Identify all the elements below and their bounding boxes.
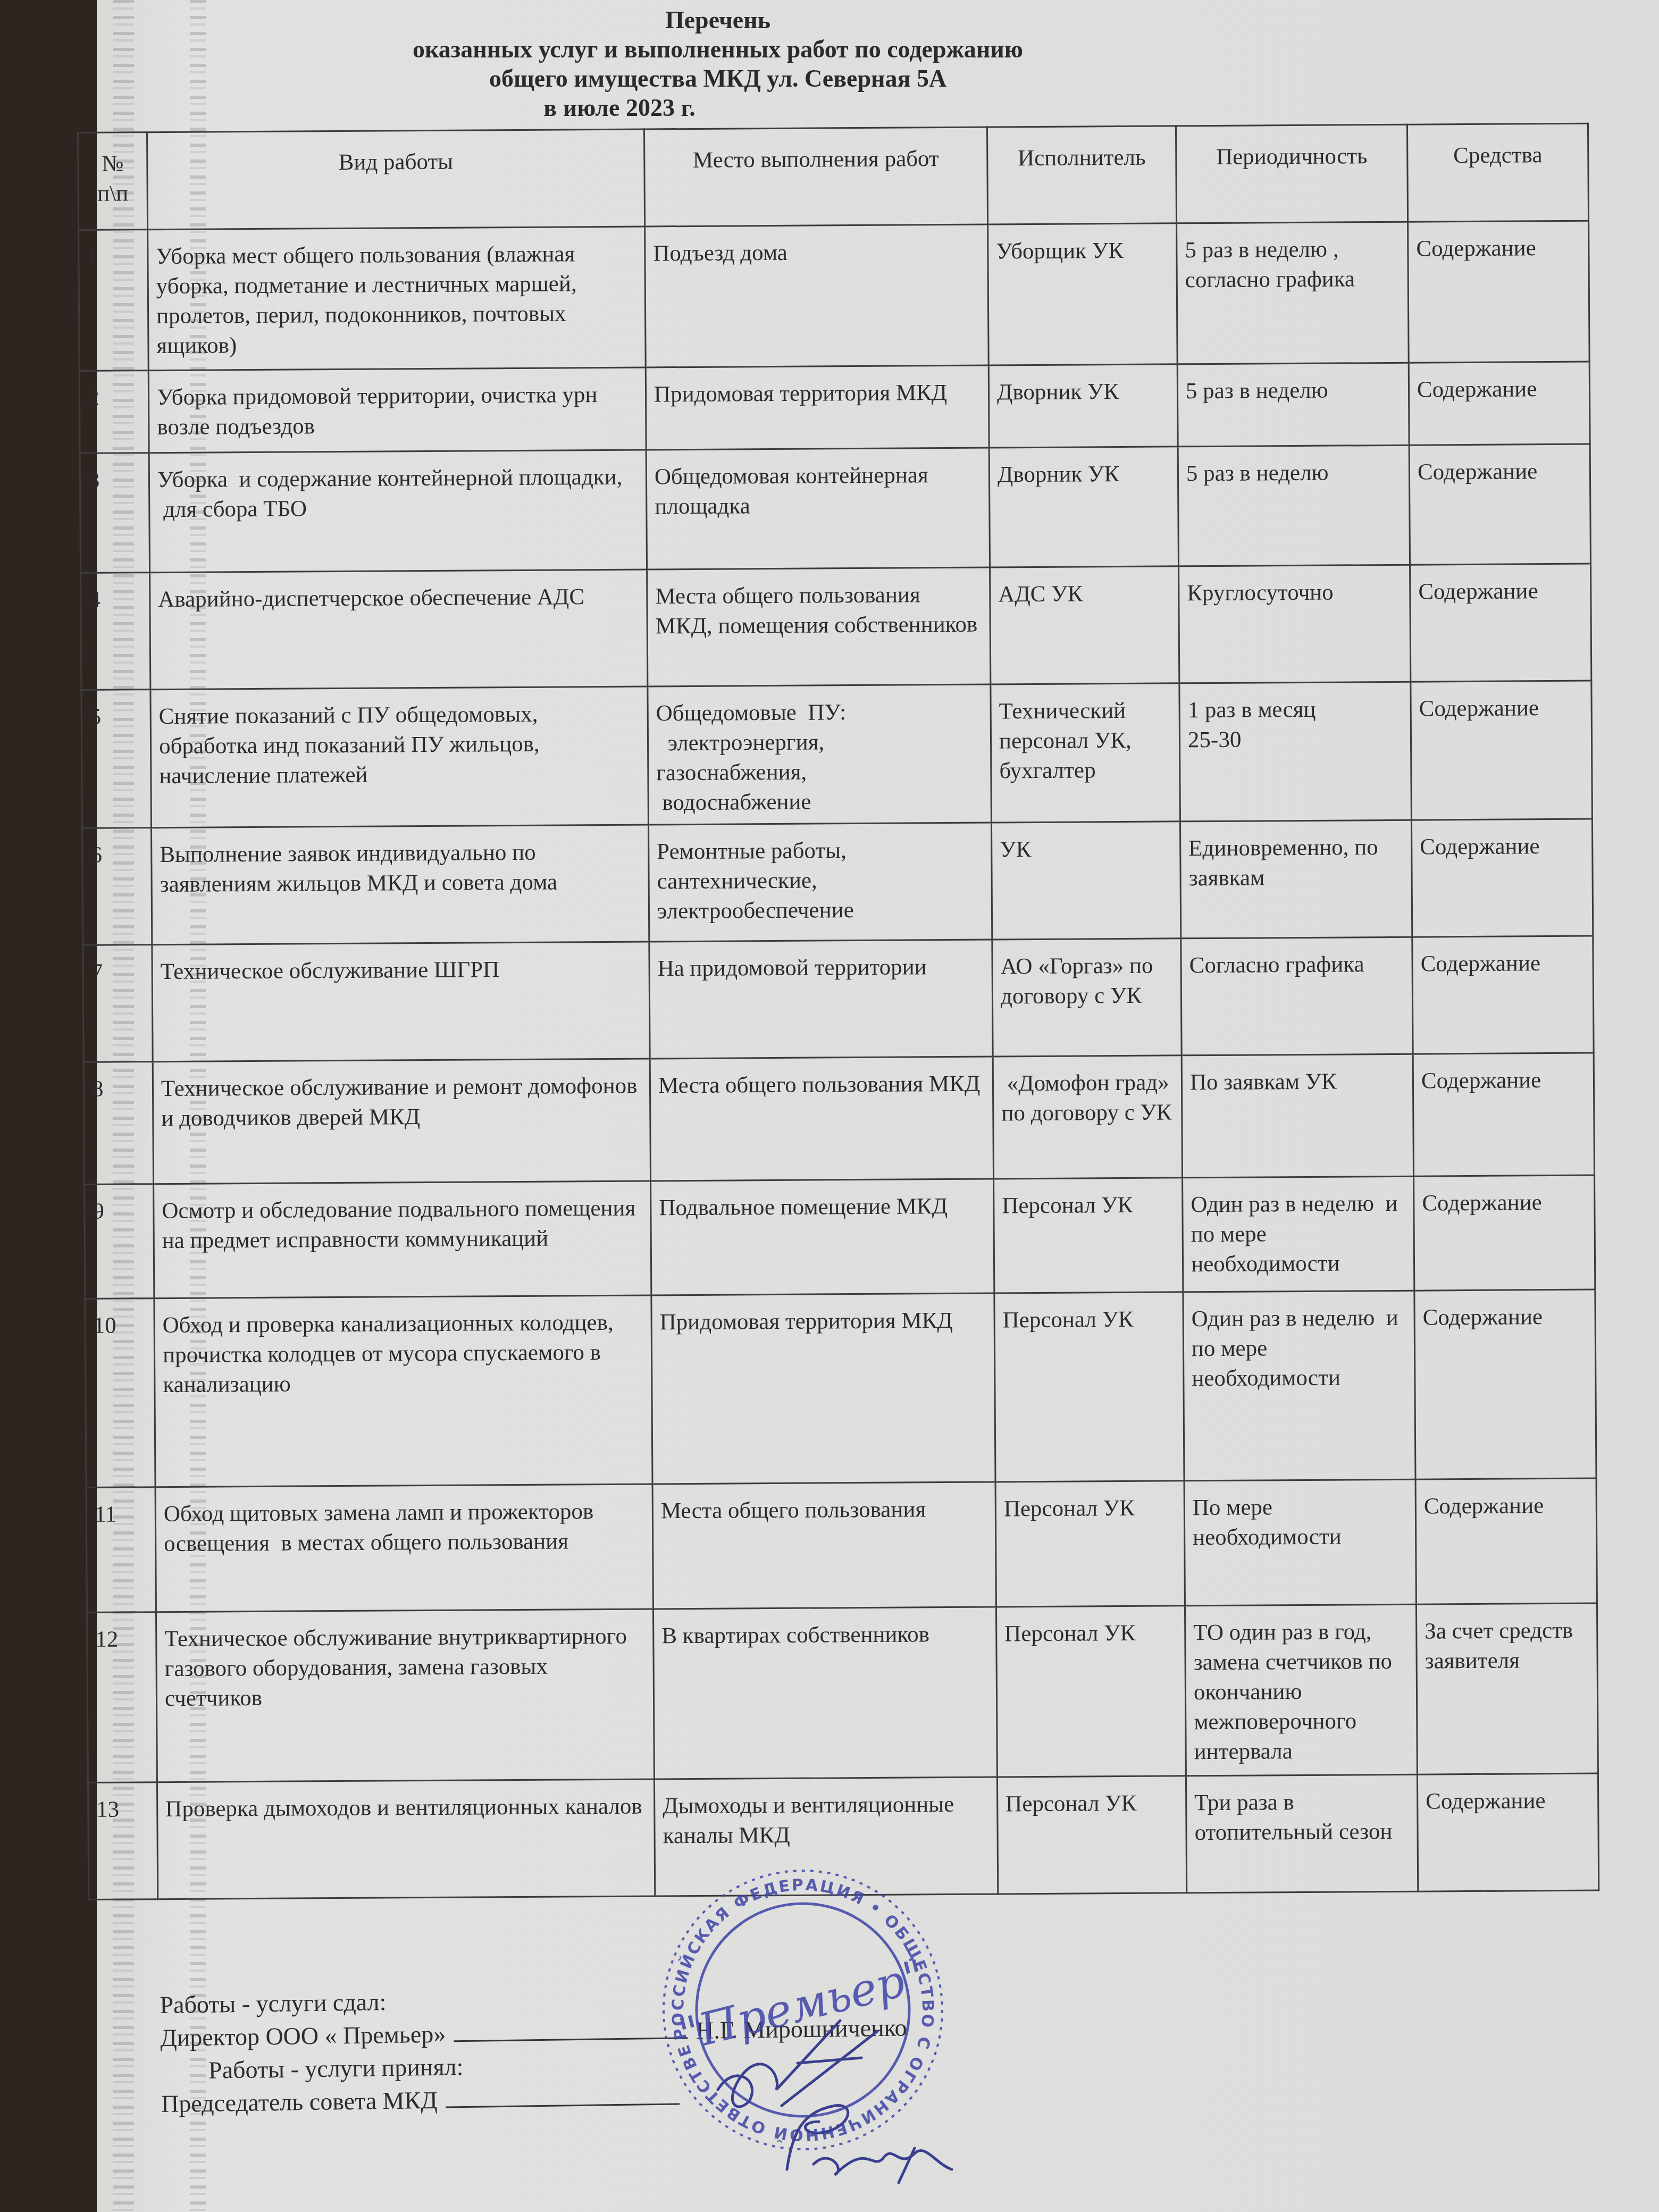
work-type-cell-text: Выполнение заявок индивидуально по заявл… [160, 837, 641, 900]
table-row: 9Осмотр и обследование подвального помещ… [85, 1175, 1595, 1298]
periodicity-cell: По заявкам УК [1182, 1054, 1413, 1178]
row-number-cell: 10 [85, 1298, 155, 1488]
funds-cell-text: Содержание [1422, 1188, 1586, 1219]
row-number-cell-text: 2 [88, 383, 140, 413]
header-funds: Средства [1407, 123, 1588, 222]
periodicity-cell: Единовременно, по заявкам [1180, 820, 1412, 939]
executor-cell: Уборщик УК [988, 223, 1178, 365]
executor-cell-text: Персонал УК [1004, 1493, 1176, 1524]
title-line-date: в июле 2023 г. [319, 93, 1117, 122]
title-line-3: общего имущества МКД ул. Северная 5А [319, 64, 1117, 93]
work-place-cell-text: Ремонтные работы, сантехнические, электр… [657, 835, 984, 927]
header-executor: Исполнитель [987, 126, 1176, 224]
funds-cell-text: Содержание [1418, 576, 1582, 607]
periodicity-cell: 5 раз в неделю , согласно графика [1177, 222, 1409, 364]
work-type-cell: Обход щитовых замена ламп и прожекторов … [155, 1484, 653, 1612]
periodicity-cell: Один раз в неделю и по мере необходимост… [1183, 1291, 1415, 1481]
work-type-cell-text: Техническое обслуживание и ремонт домофо… [161, 1071, 642, 1134]
work-type-cell-text: Осмотр и обследование подвального помеще… [162, 1194, 643, 1256]
funds-cell: Содержание [1408, 221, 1590, 363]
work-type-cell: Проверка дымоходов и вентиляционных кана… [157, 1779, 655, 1899]
funds-cell: Содержание [1415, 1478, 1597, 1604]
row-number-cell-text: 11 [95, 1499, 147, 1530]
table-row: 12Техническое обслуживание внутриквартир… [87, 1603, 1598, 1782]
row-number-cell: 7 [83, 945, 153, 1062]
executor-cell: АДС УК [990, 566, 1179, 684]
executor-cell: «Домофон град» по договору с УК [993, 1055, 1182, 1179]
work-type-cell: Техническое обслуживание внутриквартирно… [156, 1609, 655, 1782]
funds-cell-text: Содержание [1423, 1302, 1587, 1333]
table-row: 3Уборка и содержание контейнерной площад… [80, 444, 1590, 573]
periodicity-cell-text: Один раз в неделю и по мере необходимост… [1192, 1303, 1407, 1394]
row-number-cell: 2 [79, 371, 149, 454]
funds-cell: Содержание [1411, 681, 1593, 820]
work-type-cell-text: Техническое обслуживание ШГРП [160, 954, 641, 987]
work-type-cell-text: Уборка и содержание контейнерной площадк… [157, 463, 639, 525]
work-place-cell: Места общего пользования [652, 1482, 996, 1609]
row-number-cell-text: 8 [92, 1074, 145, 1104]
work-type-cell: Выполнение заявок индивидуально по заявл… [151, 825, 649, 945]
row-number-cell-text: 1 [87, 242, 139, 272]
periodicity-cell: Круглосуточно [1179, 565, 1411, 683]
row-number-cell-text: 5 [90, 702, 143, 732]
funds-cell: Содержание [1411, 819, 1593, 937]
work-type-cell: Техническое обслуживание и ремонт домофо… [153, 1059, 650, 1184]
work-place-cell: Общедомовая контейнерная площадка [646, 448, 990, 569]
row-number-cell: 4 [81, 573, 150, 690]
row-number-cell: 6 [82, 828, 152, 945]
work-type-cell-text: Техническое обслуживание внутриквартирно… [164, 1622, 646, 1714]
row-number-cell: 9 [85, 1184, 154, 1299]
periodicity-cell-text: ТО один раз в год, замена счетчиков по о… [1193, 1617, 1409, 1767]
funds-cell: Содержание [1414, 1289, 1596, 1479]
executor-cell-text: Персонал УК [1004, 1618, 1177, 1649]
periodicity-cell: ТО один раз в год, замена счетчиков по о… [1185, 1604, 1417, 1776]
executor-cell: Технический персонал УК, бухгалтер [991, 683, 1180, 823]
funds-cell-text: Содержание [1420, 949, 1585, 979]
funds-cell-text: Содержание [1418, 457, 1582, 488]
funds-cell-text: Содержание [1426, 1786, 1590, 1817]
row-number-cell-text: 12 [95, 1624, 148, 1655]
executor-cell: Персонал УК [995, 1481, 1185, 1607]
executor-cell-text: Дворник УК [997, 376, 1169, 407]
row-number-cell-text: 4 [89, 585, 141, 615]
funds-cell-text: Содержание [1419, 693, 1583, 724]
executor-cell-text: Дворник УК [998, 459, 1170, 490]
table-row: 13Проверка дымоходов и вентиляционных ка… [88, 1773, 1598, 1899]
work-type-cell-text: Обход щитовых замена ламп и прожекторов … [164, 1497, 645, 1560]
periodicity-cell-text: 5 раз в неделю [1186, 375, 1401, 406]
row-number-cell-text: 13 [96, 1795, 149, 1825]
funds-cell: Содержание [1413, 1053, 1594, 1176]
funds-cell: Содержание [1412, 936, 1594, 1054]
periodicity-cell-text: 5 раз в неделю , согласно графика [1185, 234, 1400, 295]
chairman-label: Председатель совета МКД [161, 2087, 438, 2117]
work-type-cell-text: Уборка мест общего пользования (влажная … [156, 239, 637, 362]
executor-cell-text: АДС УК [998, 579, 1170, 609]
header-work: Вид работы [147, 129, 645, 230]
work-place-cell-text: Дымоходы и вентиляционные каналы МКД [663, 1790, 990, 1851]
signature-block: Работы - услуги сдал: Директор ООО « Пре… [160, 1978, 908, 2121]
periodicity-cell: 5 раз в неделю [1177, 363, 1409, 447]
table-row: 10Обход и проверка канализационных колод… [85, 1289, 1596, 1487]
executor-cell-text: Персонал УК [1003, 1304, 1175, 1335]
executor-cell: Дворник УК [988, 364, 1178, 448]
funds-cell-text: Содержание [1424, 1491, 1588, 1522]
work-type-cell: Уборка мест общего пользования (влажная … [148, 227, 646, 371]
periodicity-cell-text: Три раза в отопительный сезон [1194, 1787, 1410, 1848]
director-name: Н.Г. Мирошниченко [696, 2014, 907, 2044]
header-num: № п\п [78, 132, 148, 230]
work-place-cell: На придомовой территории [649, 940, 993, 1059]
executor-cell-text: АО «Горгаз» по договору с УК [1000, 951, 1173, 1011]
work-place-cell: Подъезд дома [645, 224, 989, 367]
work-place-cell-text: Общедомовая контейнерная площадка [655, 460, 982, 522]
funds-cell: Содержание [1414, 1175, 1595, 1291]
document-title: Перечень оказанных услуг и выполненных р… [319, 5, 1117, 122]
table-row: 11Обход щитовых замена ламп и прожекторо… [86, 1478, 1597, 1612]
executor-cell-text: Технический персонал УК, бухгалтер [999, 696, 1172, 786]
executor-cell: Персонал УК [994, 1292, 1184, 1482]
header-place: Место выполнения работ [644, 127, 987, 227]
work-type-cell: Уборка и содержание контейнерной площадк… [149, 450, 647, 573]
executor-cell-text: УК [1000, 834, 1172, 865]
work-type-cell: Снятие показаний с ПУ общедомовых, обраб… [150, 686, 649, 828]
table-header-row: № п\п Вид работы Место выполнения работ … [78, 123, 1589, 230]
executor-cell-text: Персонал УК [1006, 1788, 1178, 1819]
work-place-cell-text: Придомовая территория МКД [654, 378, 981, 410]
executor-cell: Персонал УК [997, 1776, 1186, 1894]
table-row: 6Выполнение заявок индивидуально по заяв… [82, 819, 1593, 945]
executor-cell: АО «Горгаз» по договору с УК [992, 939, 1182, 1057]
executor-cell: Персонал УК [996, 1606, 1186, 1777]
row-number-cell-text: 6 [90, 840, 143, 870]
title-line-1: Перечень [319, 5, 1117, 35]
director-signature-line [454, 2016, 688, 2042]
work-type-cell-text: Обход и проверка канализационных колодце… [163, 1308, 644, 1401]
periodicity-cell-text: 1 раз в месяц 25-30 [1188, 694, 1403, 755]
title-line-2: оказанных услуг и выполненных работ по с… [319, 35, 1117, 64]
work-place-cell: Дымоходы и вентиляционные каналы МКД [654, 1777, 998, 1896]
periodicity-cell: По мере необходимости [1184, 1479, 1416, 1606]
funds-cell-text: Содержание [1416, 233, 1580, 264]
executor-cell: Персонал УК [994, 1178, 1183, 1293]
periodicity-cell-text: По мере необходимости [1193, 1492, 1408, 1553]
row-number-cell: 13 [88, 1782, 157, 1900]
work-place-cell: Придомовая территория МКД [651, 1293, 995, 1484]
chairman-signature-line [446, 2082, 680, 2108]
funds-cell: За счет средств заявителя [1416, 1603, 1598, 1774]
work-type-cell-text: Проверка дымоходов и вентиляционных кана… [165, 1792, 646, 1825]
row-number-cell: 3 [80, 453, 149, 573]
work-place-cell: Места общего пользования МКД, помещения … [647, 567, 991, 686]
periodicity-cell-text: Согласно графика [1189, 950, 1404, 981]
work-type-cell-text: Аварийно-диспетчерское обеспечение АДС [158, 582, 639, 615]
funds-cell: Содержание [1409, 444, 1590, 565]
funds-cell-text: Содержание [1420, 832, 1584, 862]
work-place-cell-text: Придомовая территория МКД [660, 1306, 986, 1338]
table-row: 8Техническое обслуживание и ремонт домоф… [83, 1053, 1594, 1184]
table-row: 4Аварийно-диспетчерское обеспечение АДСМ… [81, 564, 1591, 690]
table-body: 1Уборка мест общего пользования (влажная… [79, 221, 1599, 1899]
periodicity-cell-text: 5 раз в неделю [1186, 458, 1401, 489]
work-place-cell: Подвальное помещение МКД [651, 1179, 994, 1295]
work-place-cell-text: Места общего пользования МКД [658, 1069, 985, 1101]
row-number-cell: 11 [86, 1487, 156, 1613]
executor-cell: Дворник УК [989, 447, 1178, 567]
funds-cell-text: Содержание [1417, 374, 1581, 405]
work-place-cell: Общедомовые ПУ: электроэнергия, газоснаб… [648, 684, 992, 825]
executor-cell: УК [991, 822, 1180, 940]
row-number-cell: 12 [87, 1612, 157, 1783]
work-type-cell: Техническое обслуживание ШГРП [152, 942, 650, 1062]
funds-cell-text: За счет средств заявителя [1425, 1616, 1589, 1677]
work-place-cell: Ремонтные работы, сантехнические, электр… [648, 823, 992, 942]
table-row: 7Техническое обслуживание ШГРПНа придомо… [83, 936, 1594, 1062]
row-number-cell: 5 [81, 690, 152, 828]
director-label: Директор ООО « Премьер» [160, 2020, 446, 2051]
periodicity-cell-text: Один раз в неделю и по мере необходимост… [1191, 1189, 1406, 1279]
table-row: 2Уборка придомовой территории, очистка у… [79, 362, 1590, 453]
work-type-cell-text: Снятие показаний с ПУ общедомовых, обраб… [159, 699, 640, 792]
work-place-cell: В квартирах собственников [653, 1607, 997, 1779]
funds-cell: Содержание [1417, 1773, 1598, 1891]
work-place-cell-text: Подвальное помещение МКД [659, 1192, 985, 1224]
work-place-cell-text: Места общего пользования МКД, помещения … [655, 580, 982, 642]
periodicity-cell: 5 раз в неделю [1178, 445, 1410, 566]
executor-cell-text: «Домофон град» по договору с УК [1001, 1068, 1174, 1128]
works-table: № п\п Вид работы Место выполнения работ … [77, 123, 1599, 1900]
work-type-cell: Аварийно-диспетчерское обеспечение АДС [150, 569, 648, 690]
funds-cell: Содержание [1410, 564, 1591, 682]
work-type-cell-text: Уборка придомовой территории, очистка ур… [157, 380, 638, 443]
table-row: 5Снятие показаний с ПУ общедомовых, обра… [81, 681, 1593, 828]
funds-cell-text: Содержание [1421, 1066, 1586, 1096]
periodicity-cell: Согласно графика [1181, 937, 1413, 1055]
periodicity-cell-text: Круглосуточно [1187, 577, 1402, 608]
work-type-cell: Обход и проверка канализационных колодце… [154, 1295, 652, 1487]
row-number-cell-text: 3 [88, 465, 141, 496]
header-periodicity: Периодичность [1176, 124, 1407, 223]
periodicity-cell: Один раз в неделю и по мере необходимост… [1183, 1176, 1414, 1292]
row-number-cell: 1 [79, 230, 149, 371]
work-type-cell: Осмотр и обследование подвального помеще… [154, 1181, 651, 1298]
work-place-cell: Места общего пользования МКД [650, 1057, 993, 1181]
work-place-cell-text: Общедомовые ПУ: электроэнергия, газоснаб… [656, 697, 983, 818]
executor-cell-text: Уборщик УК [996, 236, 1168, 266]
row-number-cell-text: 7 [91, 957, 144, 987]
work-place-cell-text: Подъезд дома [653, 237, 979, 269]
funds-cell: Содержание [1409, 362, 1590, 445]
work-place-cell-text: Места общего пользования [661, 1495, 987, 1527]
row-number-cell-text: 10 [94, 1311, 146, 1341]
periodicity-cell-text: По заявкам УК [1190, 1067, 1405, 1097]
work-type-cell: Уборка придомовой территории, очистка ур… [148, 367, 646, 453]
table-row: 1Уборка мест общего пользования (влажная… [79, 221, 1590, 371]
work-place-cell-text: В квартирах собственников [661, 1620, 988, 1652]
executor-cell-text: Персонал УК [1002, 1190, 1174, 1221]
row-number-cell-text: 9 [93, 1196, 145, 1227]
periodicity-cell: 1 раз в месяц 25-30 [1179, 682, 1412, 822]
periodicity-cell-text: Единовременно, по заявкам [1188, 833, 1404, 893]
work-place-cell-text: На придомовой территории [657, 952, 984, 984]
row-number-cell: 8 [83, 1062, 153, 1185]
periodicity-cell: Три раза в отопительный сезон [1186, 1774, 1418, 1893]
work-place-cell: Придомовая территория МКД [646, 365, 989, 450]
